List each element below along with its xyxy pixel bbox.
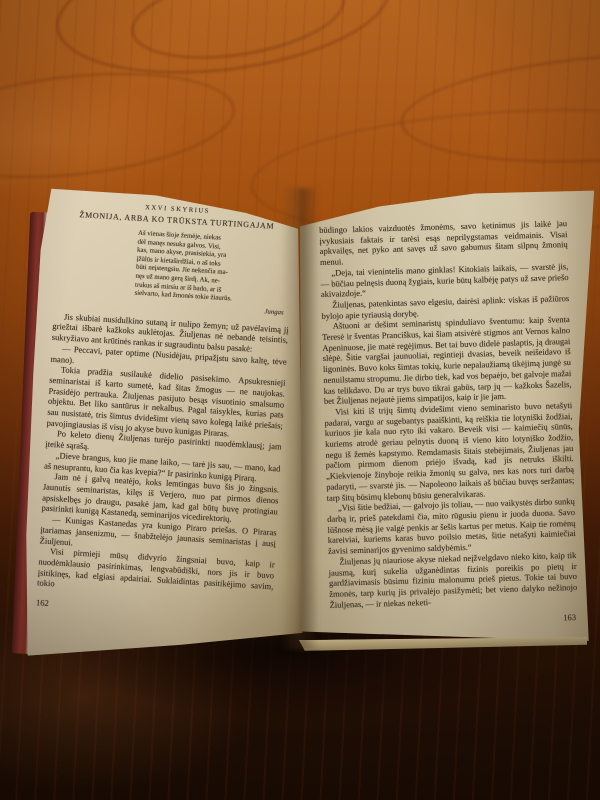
paragraph: Visi kiti iš trijų šimtų dvidešimt vieno… bbox=[324, 400, 575, 503]
page-number-left: 162 bbox=[36, 597, 272, 621]
paragraph: Žiuljenas jų niauriose akyse niekad neįž… bbox=[328, 550, 577, 610]
right-page-text: būdingo lakios vaizduotės žmonėms, savo … bbox=[319, 218, 578, 629]
paragraph: Aštuoni ar dešimt seminaristų spinduliav… bbox=[322, 314, 572, 407]
paragraph: „Visi šitie bedžiai, — galvojo jis tolia… bbox=[327, 496, 576, 556]
epigraph: Aš vienas šioje žemėje, niekas dėl manęs… bbox=[134, 230, 290, 308]
left-page-text: XXVI SKYRIUS ŽMONIJA, ARBA KO TRŪKSTA TU… bbox=[36, 199, 296, 621]
paragraph: būdingo lakios vaizduotės žmonėms, savo … bbox=[319, 218, 568, 268]
wood-grain-swirl bbox=[0, 58, 240, 193]
left-page: XXVI SKYRIUS ŽMONIJA, ARBA KO TRŪKSTA TU… bbox=[26, 183, 308, 659]
page-number-right: 163 bbox=[330, 612, 576, 629]
right-page: būdingo lakios vaizduotės žmonėms, savo … bbox=[294, 185, 596, 655]
